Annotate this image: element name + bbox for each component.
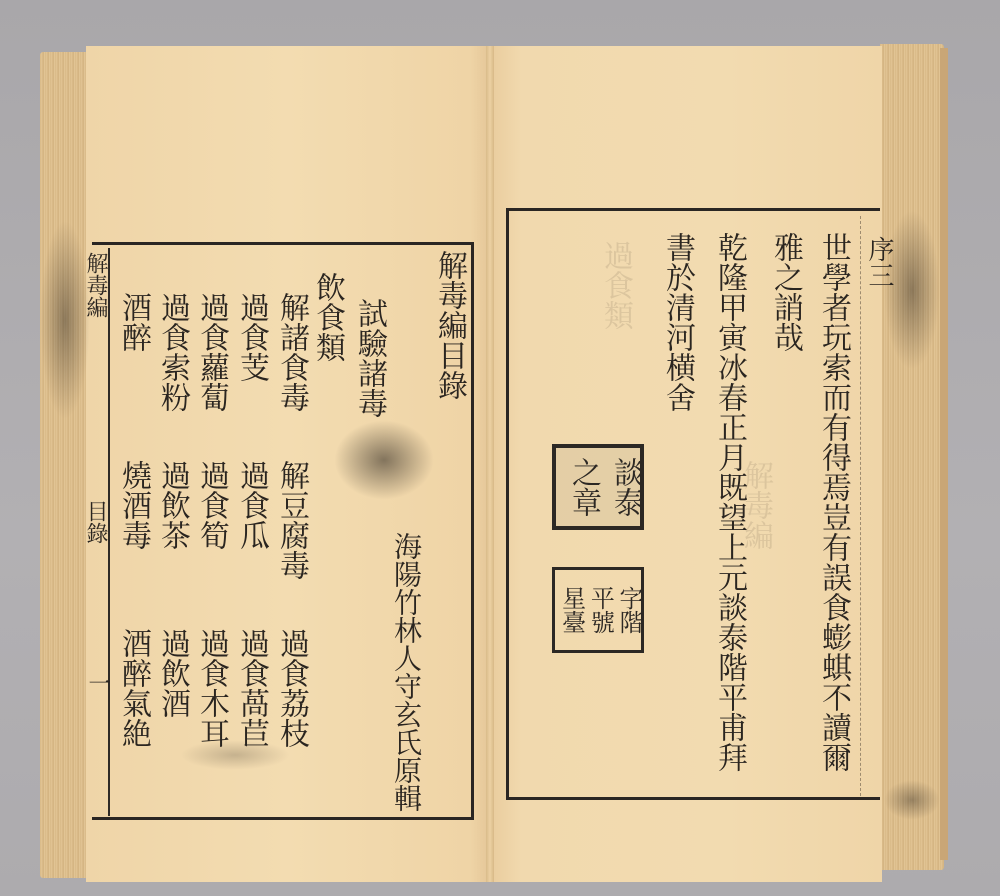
category-heading: 飲食類 [312, 272, 342, 362]
toc-entry: 過飲茶 [157, 460, 187, 550]
toc-entry: 過食蘿蔔 [196, 292, 226, 412]
toc-entry: 過飲酒 [157, 628, 187, 718]
preface-column: 世學者玩索而有得焉豈有誤食蟛蜞不讀爾 [818, 232, 848, 772]
toc-entry: 過食索粉 [157, 292, 187, 412]
preface-column: 乾隆甲寅冰春正月既望上元談泰階平甫拜 [714, 232, 744, 772]
toc-entry: 過食木耳 [196, 628, 226, 748]
seal-2-text-left: 星臺 [555, 586, 584, 634]
left-margin-rule [108, 248, 110, 816]
section-heading: 試驗諸毒 [354, 298, 384, 418]
ink-smudge [180, 740, 290, 770]
show-through-text: 過食類 [600, 240, 630, 330]
page-edge-ink-marks [884, 210, 940, 370]
column-rule [860, 216, 861, 796]
seal-stamp-2: 字階 平號 星臺 [552, 567, 644, 653]
ink-smudge [334, 420, 434, 500]
side-margin-label: 序三 [866, 236, 892, 288]
right-page-edges [880, 44, 944, 870]
left-page-edges [40, 52, 88, 878]
seal-1-text-right: 談泰 [610, 457, 640, 517]
toc-entry: 過食萵苣 [236, 628, 266, 748]
toc-entry: 過食瓜 [236, 460, 266, 550]
preface-column: 雅之誚哉 [770, 232, 800, 352]
preface-column: 書於清河横舍 [662, 232, 692, 412]
toc-entry: 酒醉氣絶 [118, 628, 148, 748]
seal-2-text-right: 字階 [612, 586, 641, 634]
toc-entry: 過食荔枝 [276, 628, 306, 748]
right-cover-edge [940, 48, 948, 860]
page-number: 一 [86, 672, 108, 694]
seal-1-text-left: 之章 [556, 457, 598, 517]
book-title: 解毒編目錄 [434, 250, 464, 400]
toc-entry: 燒酒毒 [118, 460, 148, 550]
author-line: 海陽竹林人守玄氏原輯 [392, 532, 420, 812]
toc-entry: 過食芰 [236, 292, 266, 382]
toc-entry: 過食筍 [196, 460, 226, 550]
book-gutter [486, 46, 494, 882]
page-edge-ink-marks [884, 780, 940, 820]
page-edge-ink-marks [40, 220, 90, 420]
side-margin-section: 目錄 [84, 500, 106, 544]
seal-2-text-middle: 平號 [584, 586, 613, 634]
toc-entry: 解諸食毒 [276, 292, 306, 412]
seal-stamp-1: 談泰 之章 [552, 444, 644, 530]
toc-entry: 解豆腐毒 [276, 460, 306, 580]
toc-entry: 酒醉 [118, 292, 148, 352]
